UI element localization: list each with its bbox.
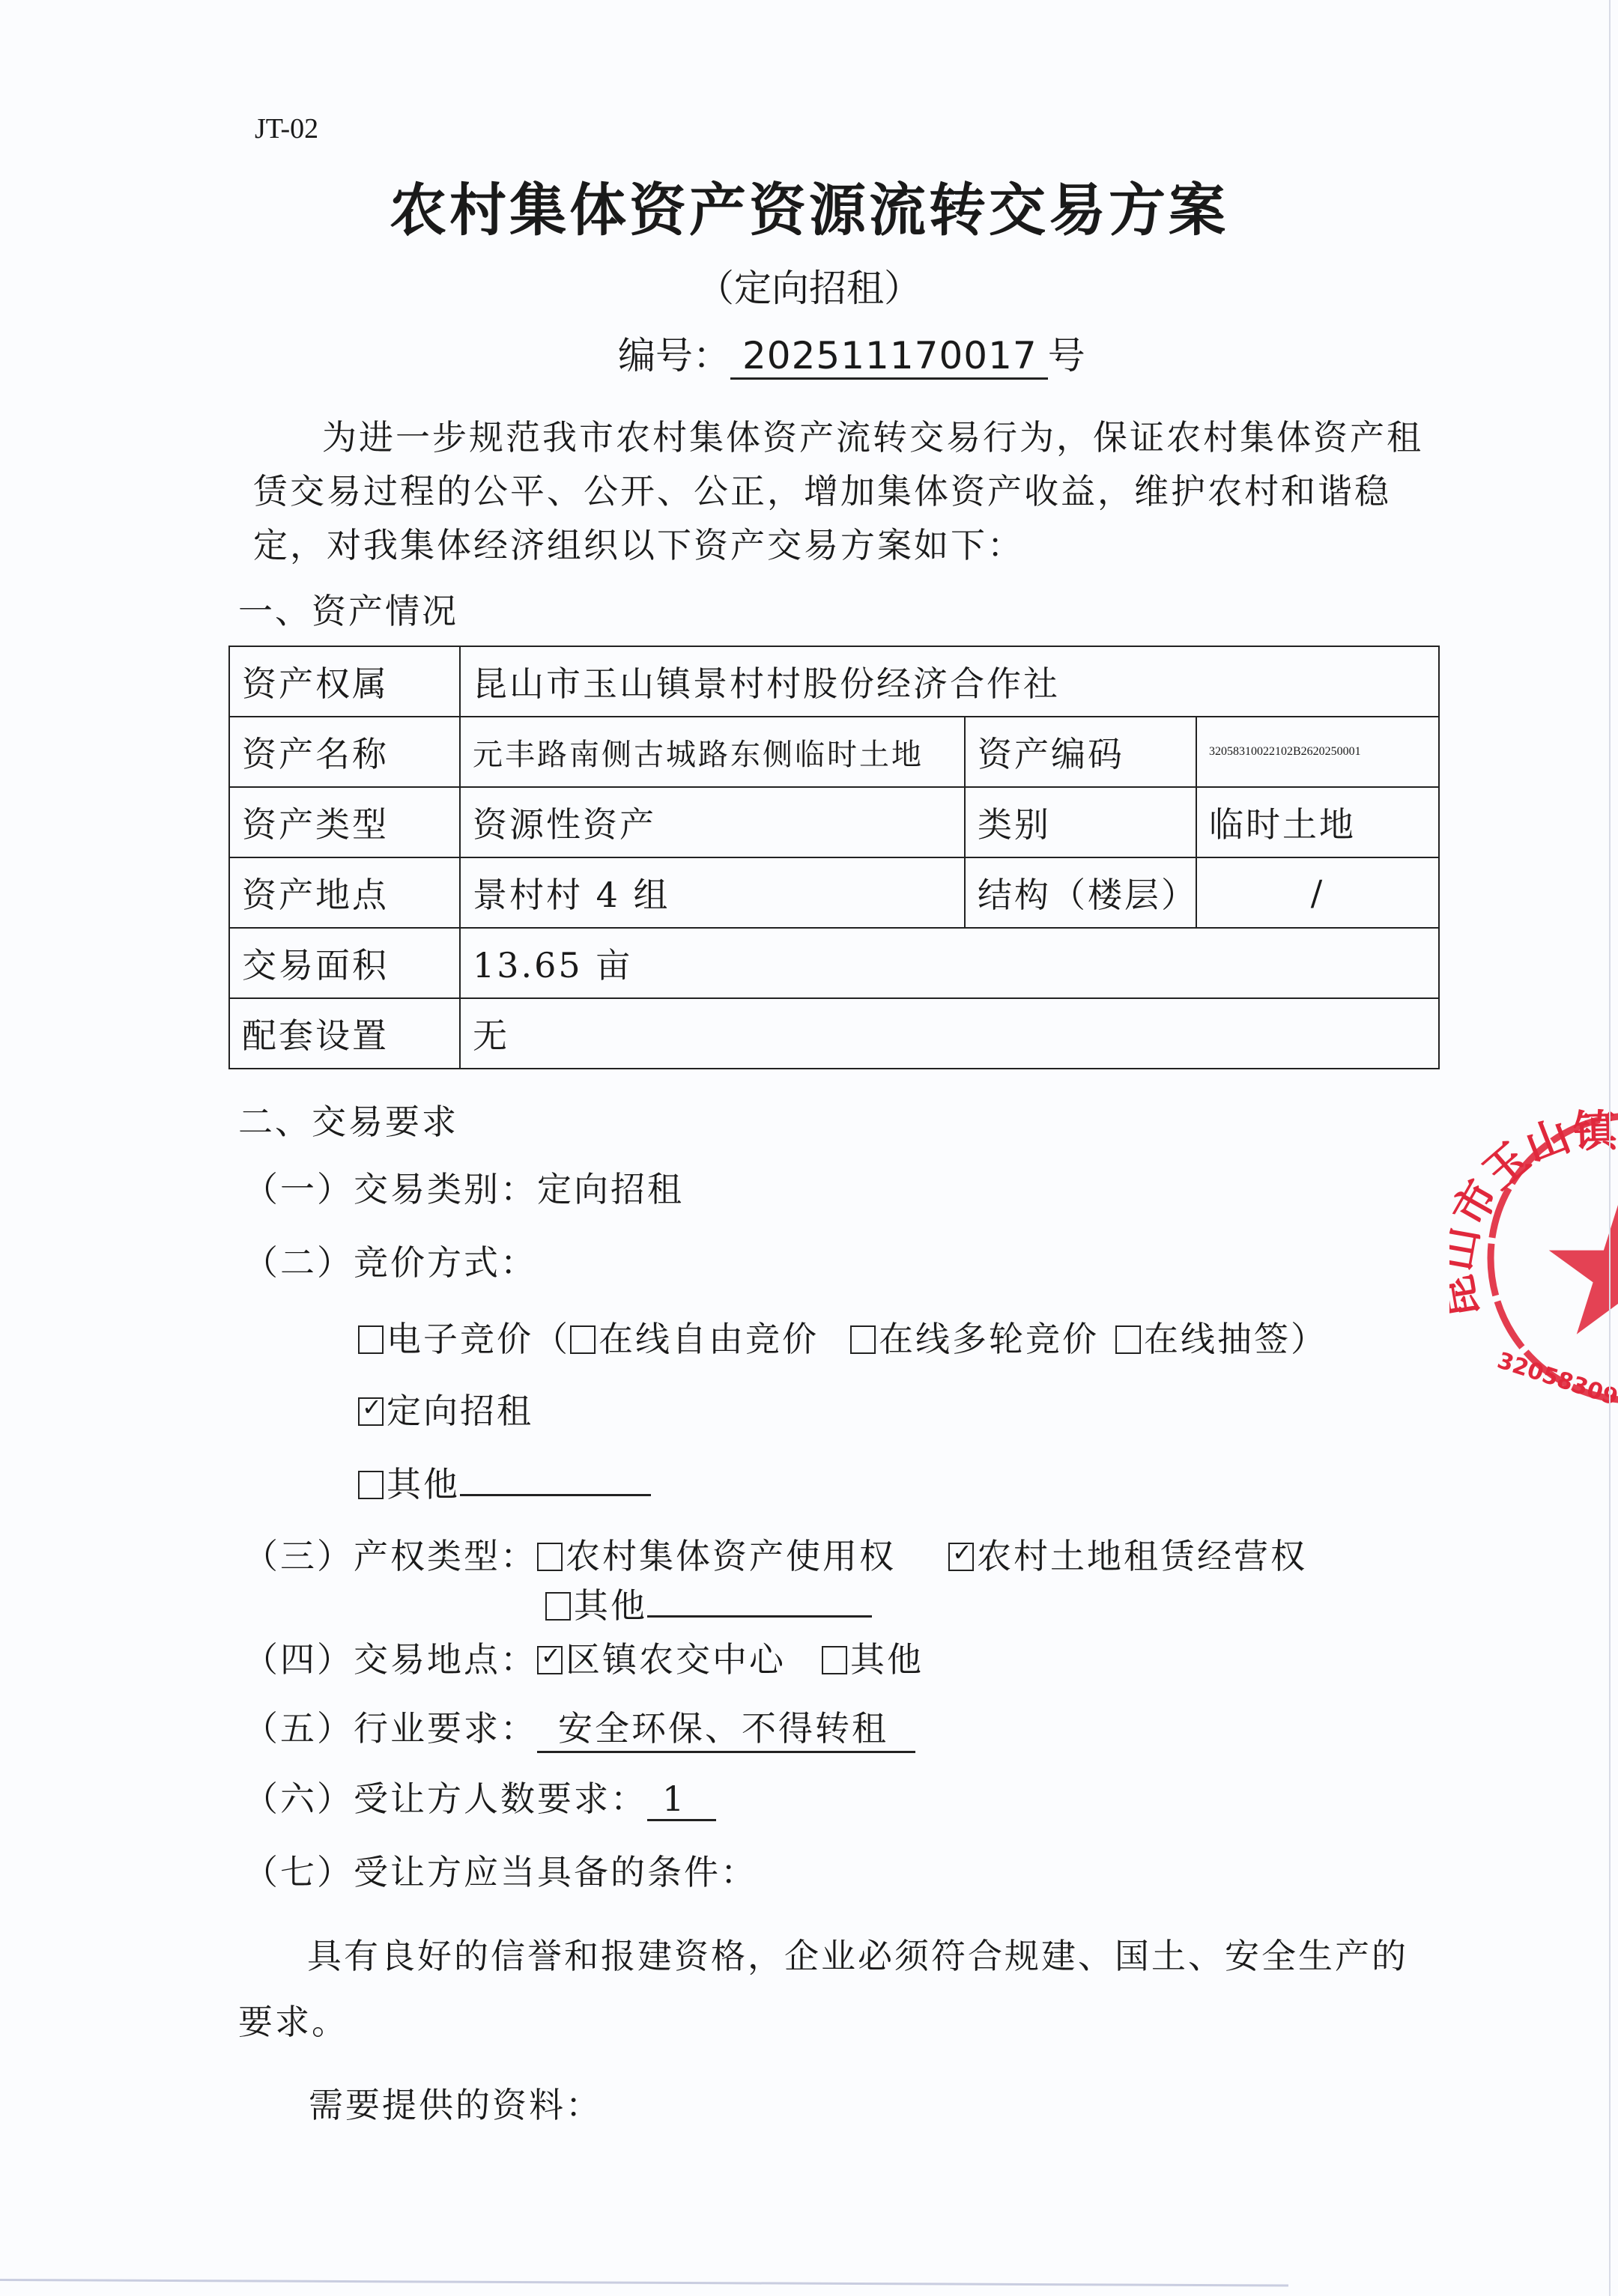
location-other-label: 其他 (850, 1639, 924, 1680)
bidding-method-label: （二）竞价方式： (243, 1236, 537, 1285)
transaction-category-label: （一）交易类别： (243, 1169, 537, 1209)
property-right-other-label: 其他 (574, 1585, 647, 1626)
table-row: 资产名称 元丰路南侧古城路东侧临时土地 资产编码 32058310022102B… (229, 717, 1439, 787)
asset-code-value: 32058310022102B2620250001 (1196, 717, 1439, 787)
use-right-checkbox[interactable] (537, 1543, 563, 1571)
property-right-other-checkbox[interactable] (545, 1592, 571, 1621)
document-number-label: 编号： (618, 334, 730, 377)
scan-edge (0, 2279, 1288, 2287)
ownership-value: 昆山市玉山镇景村村股份经济合作社 (460, 646, 1439, 717)
online-multi-round-label: 在线多轮竞价 (879, 1319, 1099, 1359)
industry-requirement-label: （五）行业要求： (243, 1708, 537, 1749)
asset-name-label: 资产名称 (229, 717, 460, 787)
online-free-bidding-label: 在线自由竞价 (599, 1319, 819, 1359)
online-multi-round-checkbox[interactable] (850, 1325, 876, 1354)
document-title: 农村集体资产资源流转交易方案 (0, 165, 1618, 246)
document-number-value: 202511170017 (730, 334, 1048, 380)
land-lease-right-checkbox[interactable] (948, 1543, 974, 1571)
directed-lease-label: 定向招租 (387, 1391, 533, 1431)
location-value: 景村村 4 组 (460, 857, 965, 928)
document-number-suffix: 号 (1048, 334, 1085, 377)
structure-label: 结构（楼层） (965, 857, 1196, 928)
property-right-type-label: （三）产权类型： (243, 1536, 537, 1576)
form-code: JT-02 (255, 112, 318, 145)
bidding-other-label: 其他 (387, 1464, 460, 1504)
bidding-other-checkbox[interactable] (358, 1471, 384, 1499)
asset-name-value: 元丰路南侧古城路东侧临时土地 (460, 717, 965, 787)
industry-requirement-value: 安全环保、不得转租 (537, 1701, 915, 1753)
structure-value: / (1196, 857, 1439, 928)
town-center-checkbox[interactable] (537, 1646, 563, 1674)
land-lease-right-label: 农村土地租赁经营权 (977, 1536, 1307, 1576)
category-value: 临时土地 (1196, 787, 1439, 857)
online-lottery-checkbox[interactable] (1115, 1325, 1141, 1354)
transferee-conditions-text: 具有良好的信誉和报建资格，企业必须符合规建、国土、安全生产的要求。 (238, 1923, 1437, 2055)
table-row: 资产地点 景村村 4 组 结构（楼层） / (229, 857, 1439, 928)
transaction-location-row: （四）交易地点：区镇农交中心其他 (243, 1633, 924, 1682)
asset-type-value: 资源性资产 (460, 787, 965, 857)
online-free-bidding-checkbox[interactable] (570, 1325, 596, 1354)
official-seal: 昆山市玉山镇景村村 32058309 (1449, 1108, 1618, 1408)
directed-lease-option: 定向招租 (358, 1384, 533, 1433)
table-row: 配套设置 无 (229, 998, 1439, 1069)
table-row: 交易面积 13.65 亩 (229, 928, 1439, 998)
seal-stamp-icon: 昆山市玉山镇景村村 32058309 (1449, 1108, 1618, 1408)
category-label: 类别 (965, 787, 1196, 857)
transaction-location-label: （四）交易地点： (243, 1639, 537, 1680)
bidding-options-row: 电子竞价（在线自由竞价在线多轮竞价在线抽签） (358, 1312, 1327, 1361)
location-label: 资产地点 (229, 857, 460, 928)
table-row: 资产类型 资源性资产 类别 临时土地 (229, 787, 1439, 857)
table-row: 资产权属 昆山市玉山镇景村村股份经济合作社 (229, 646, 1439, 717)
document-number: 编号：202511170017号 (618, 326, 1085, 380)
property-right-other-option: 其他 (545, 1579, 872, 1628)
transferee-conditions-label: （七）受让方应当具备的条件： (243, 1845, 757, 1895)
asset-table: 资产权属 昆山市玉山镇景村村股份经济合作社 资产名称 元丰路南侧古城路东侧临时土… (228, 646, 1440, 1069)
asset-type-label: 资产类型 (229, 787, 460, 857)
electronic-bidding-label: 电子竞价（ (387, 1319, 570, 1359)
intro-paragraph: 为进一步规范我市农村集体资产流转交易行为，保证农村集体资产租赁交易过程的公平、公… (253, 410, 1437, 572)
bidding-other-blank[interactable] (460, 1460, 651, 1496)
use-right-label: 农村集体资产使用权 (566, 1536, 896, 1576)
seal-number: 32058309 (1494, 1347, 1618, 1408)
transferee-count-label: （六）受让方人数要求： (243, 1779, 647, 1819)
property-right-type-row: （三）产权类型：农村集体资产使用权农村土地租赁经营权 (243, 1529, 1307, 1579)
asset-code-label: 资产编码 (965, 717, 1196, 787)
scan-edge (1609, 0, 1611, 2296)
transaction-category: （一）交易类别：定向招租 (243, 1162, 684, 1212)
property-right-other-blank[interactable] (647, 1581, 872, 1618)
location-other-checkbox[interactable] (822, 1646, 847, 1674)
section-heading-asset-info: 一、资产情况 (238, 584, 458, 634)
ownership-label: 资产权属 (229, 646, 460, 717)
directed-lease-checkbox[interactable] (358, 1397, 384, 1426)
bidding-other-option: 其他 (358, 1457, 651, 1507)
online-lottery-label: 在线抽签） (1144, 1319, 1327, 1359)
facilities-value: 无 (460, 998, 1439, 1069)
section-heading-requirements: 二、交易要求 (238, 1095, 458, 1144)
area-label: 交易面积 (229, 928, 460, 998)
facilities-label: 配套设置 (229, 998, 460, 1069)
transferee-count-row: （六）受让方人数要求：1 (243, 1772, 716, 1821)
transaction-category-value: 定向招租 (537, 1169, 684, 1209)
electronic-bidding-checkbox[interactable] (358, 1325, 384, 1354)
area-value: 13.65 亩 (460, 928, 1439, 998)
town-center-label: 区镇农交中心 (566, 1639, 786, 1680)
industry-requirement-row: （五）行业要求：安全环保、不得转租 (243, 1701, 915, 1753)
required-materials-label: 需要提供的资料： (309, 2078, 602, 2128)
transferee-count-value: 1 (647, 1779, 716, 1821)
document-subtitle: （定向招租） (0, 258, 1618, 312)
